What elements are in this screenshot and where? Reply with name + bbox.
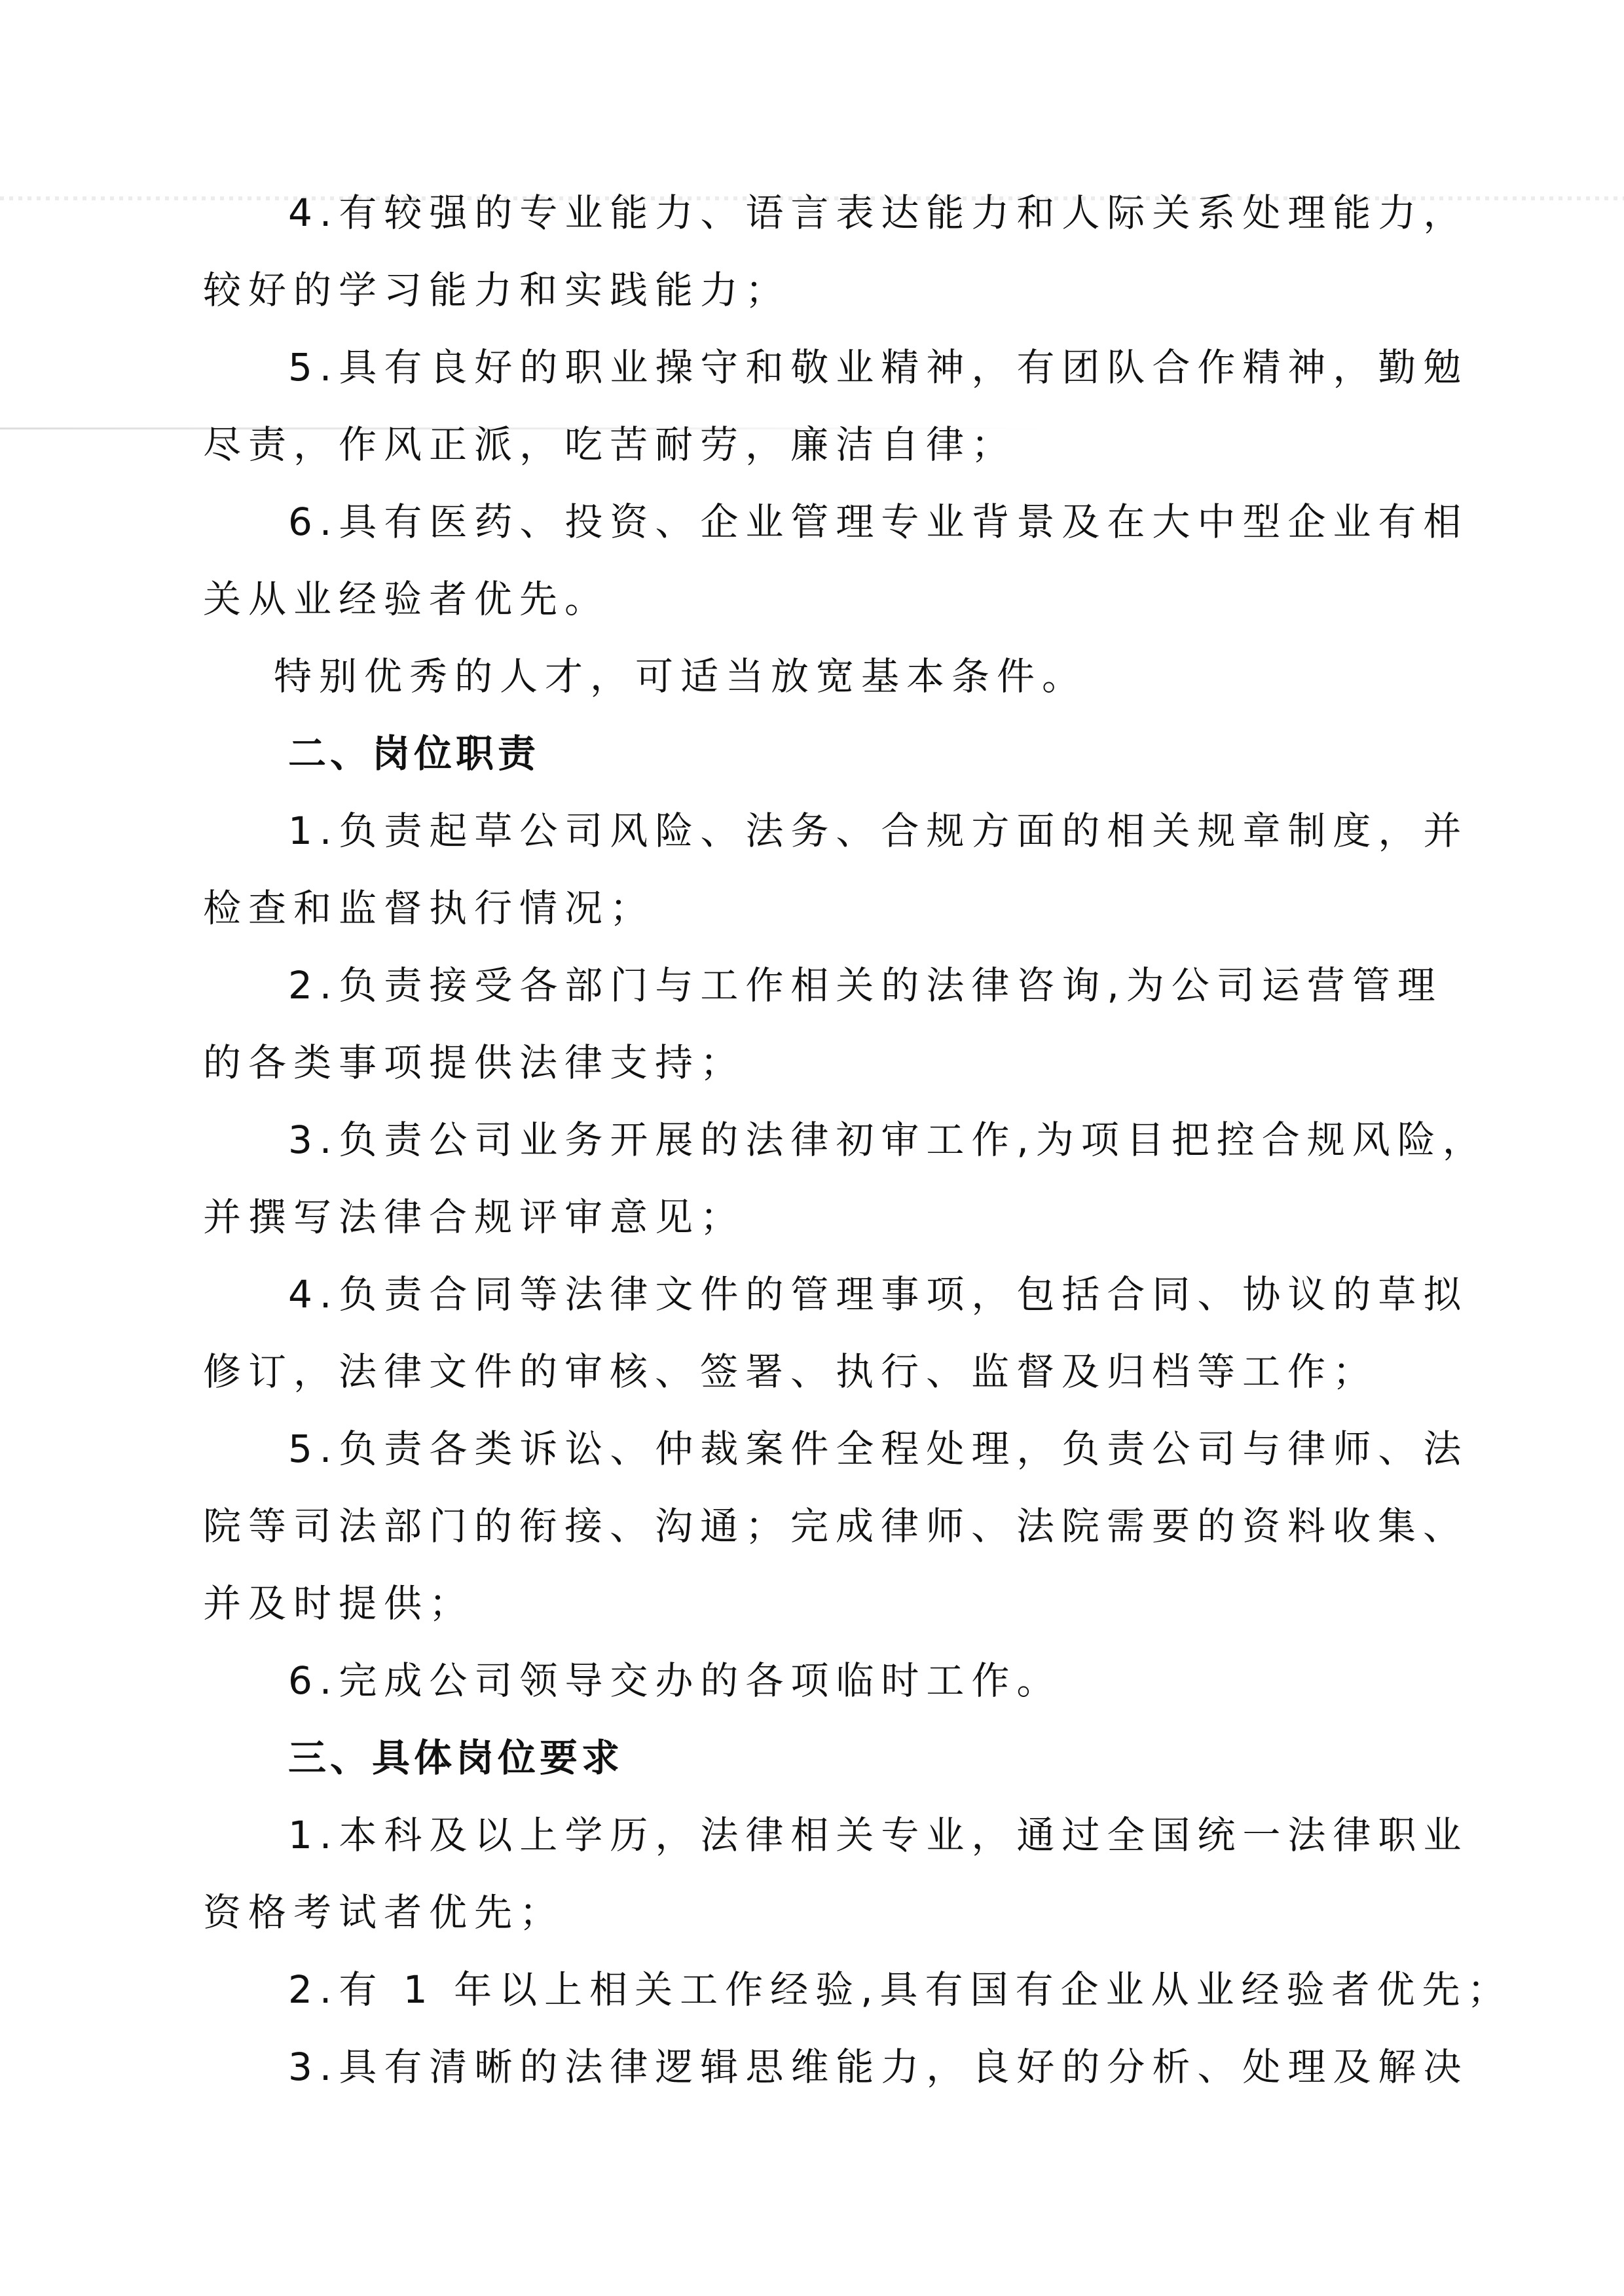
spec-1-line-2: 资格考试者优先； bbox=[203, 1889, 564, 1935]
duty-1-line-1: 1.负责起草公司风险、法务、合规方面的相关规章制度，并 bbox=[288, 808, 1468, 854]
duty-3-line-1: 3.负责公司业务开展的法律初审工作,为项目把控合规风险， bbox=[288, 1117, 1488, 1163]
requirement-4-line-2: 较好的学习能力和实践能力； bbox=[203, 267, 790, 313]
duty-2-line-1: 2.负责接受各部门与工作相关的法律咨询,为公司运营管理 bbox=[288, 962, 1443, 1008]
document-page: 4.有较强的专业能力、语言表达能力和人际关系处理能力， 较好的学习能力和实践能力… bbox=[0, 0, 1624, 2296]
duty-6-line-1: 6.完成公司领导交办的各项临时工作。 bbox=[288, 1658, 1061, 1704]
duty-5-line-3: 并及时提供； bbox=[203, 1580, 474, 1626]
spec-1-line-1: 1.本科及以上学历，法律相关专业，通过全国统一法律职业 bbox=[288, 1812, 1468, 1858]
duty-2-line-2: 的各类事项提供法律支持； bbox=[203, 1040, 745, 1085]
exception-note: 特别优秀的人才，可适当放宽基本条件。 bbox=[274, 653, 1087, 699]
requirement-4-line-1: 4.有较强的专业能力、语言表达能力和人际关系处理能力， bbox=[288, 190, 1468, 236]
spec-3-line-1: 3.具有清晰的法律逻辑思维能力，良好的分析、处理及解决 bbox=[288, 2044, 1468, 2090]
duty-4-line-2: 修订，法律文件的审核、签署、执行、监督及归档等工作； bbox=[203, 1349, 1378, 1394]
requirement-5-line-1: 5.具有良好的职业操守和敬业精神，有团队合作精神，勤勉 bbox=[288, 344, 1468, 390]
duty-1-line-2: 检查和监督执行情况； bbox=[203, 885, 655, 931]
requirement-6-line-1: 6.具有医药、投资、企业管理专业背景及在大中型企业有相 bbox=[288, 499, 1468, 545]
requirement-5-line-2: 尽责，作风正派，吃苦耐劳，廉洁自律； bbox=[203, 422, 1016, 467]
section-heading-duties: 二、岗位职责 bbox=[288, 731, 540, 776]
duty-4-line-1: 4.负责合同等法律文件的管理事项，包括合同、协议的草拟 bbox=[288, 1271, 1468, 1317]
duty-3-line-2: 并撰写法律合规评审意见； bbox=[203, 1194, 745, 1240]
spec-2-line-1: 2.有 1 年以上相关工作经验,具有国有企业从业经验者优先； bbox=[288, 1967, 1513, 2013]
section-heading-requirements: 三、具体岗位要求 bbox=[288, 1735, 623, 1781]
duty-5-line-1: 5.负责各类诉讼、仲裁案件全程处理，负责公司与律师、法 bbox=[288, 1426, 1468, 1472]
requirement-6-line-2: 关从业经验者优先。 bbox=[203, 576, 610, 622]
duty-5-line-2: 院等司法部门的衔接、沟通；完成律师、法院需要的资料收集、 bbox=[203, 1503, 1468, 1549]
